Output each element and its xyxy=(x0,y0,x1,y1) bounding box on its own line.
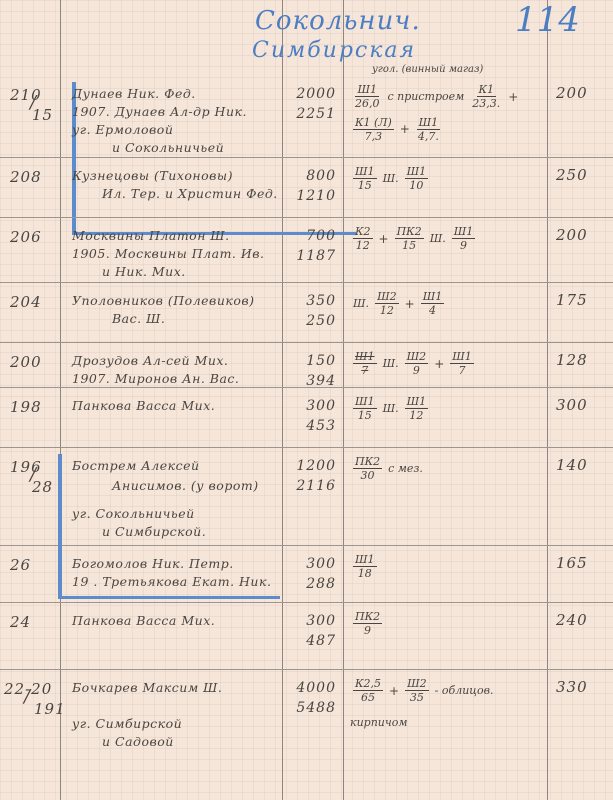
owner-name-line: Анисимов. (у ворот) xyxy=(112,478,259,493)
fraction-denominator: 7 xyxy=(359,364,370,377)
plus-sign: + xyxy=(405,297,415,311)
owner-name-line: уг. Симбирской xyxy=(72,716,182,731)
owner-name-line: и Сокольничьей xyxy=(112,140,224,155)
house-number: 24 xyxy=(10,613,31,631)
row-divider xyxy=(0,282,613,283)
house-number: 198 xyxy=(10,398,42,416)
owner-name-line: Вас. Ш. xyxy=(112,311,165,326)
rate-value: 200 xyxy=(556,226,588,244)
amount-value: 1210 xyxy=(296,186,336,206)
fraction-numerator: Ш1 xyxy=(405,395,429,409)
category-word: Ш. xyxy=(383,402,399,415)
amount-value: 4000 xyxy=(296,678,336,698)
fraction-numerator: Ш2 xyxy=(405,350,429,364)
category-fraction: Ш14,7. xyxy=(416,116,441,143)
category-fraction: Ш115 xyxy=(353,165,377,192)
fraction-denominator: 23,3. xyxy=(470,97,502,110)
fraction-numerator: Ш1 xyxy=(450,350,474,364)
rate-value: 140 xyxy=(556,456,588,474)
fraction-numerator: К2,5 xyxy=(353,677,383,691)
category-fraction: Ш110 xyxy=(405,165,429,192)
owner-name-line: Дрозудов Ал-сей Мих. xyxy=(72,353,228,368)
rate-value: 240 xyxy=(556,611,588,629)
page-title-street-1: Сокольнич. xyxy=(255,6,421,36)
row-divider xyxy=(0,669,613,670)
amount-value: 1200 xyxy=(296,456,336,476)
row-divider xyxy=(0,217,613,218)
rate-value: 200 xyxy=(556,84,588,102)
rate-value: 300 xyxy=(556,396,588,414)
amount-value: 2116 xyxy=(296,476,336,496)
category-fraction: К1 (Л)7,3 xyxy=(353,116,394,143)
amount-value: 487 xyxy=(306,631,336,651)
rate-value: 330 xyxy=(556,678,588,696)
plus-sign: + xyxy=(508,90,518,104)
fraction-denominator: 7,3 xyxy=(363,130,385,143)
category-fraction: Ш17 xyxy=(353,350,377,377)
amount-value: 2000 xyxy=(296,84,336,104)
amount-value: 800 xyxy=(306,166,336,186)
fraction-numerator: Ш1 xyxy=(421,290,445,304)
row-divider xyxy=(0,342,613,343)
building-category: К212+ПК215Ш.Ш19 xyxy=(350,222,545,255)
plus-sign: + xyxy=(434,357,444,371)
building-category: Ш17Ш.Ш29+Ш17 xyxy=(350,347,545,380)
fraction-denominator: 15 xyxy=(400,239,418,252)
owner-name-line: и Ник. Мих. xyxy=(102,264,186,279)
fraction-denominator: 9 xyxy=(458,239,469,252)
category-fraction: Ш29 xyxy=(405,350,429,377)
fraction-numerator: Ш1 xyxy=(353,395,377,409)
fraction-denominator: 12 xyxy=(407,409,425,422)
fraction-denominator: 10 xyxy=(407,179,425,192)
category-word: с пристроем xyxy=(388,90,465,103)
category-fraction: К2,565 xyxy=(353,677,383,704)
fraction-denominator: 4,7. xyxy=(416,130,441,143)
amount-value: 288 xyxy=(306,574,336,594)
fraction-numerator: ПК2 xyxy=(353,610,382,624)
category-fraction: ПК215 xyxy=(395,225,424,252)
fraction-denominator: 30 xyxy=(359,469,377,482)
owner-name-line: и Садовой xyxy=(102,734,174,749)
owner-name-line: Богомолов Ник. Петр. xyxy=(72,556,234,571)
fraction-denominator: 12 xyxy=(378,304,396,317)
rate-value: 250 xyxy=(556,166,588,184)
building-category: К2,565+Ш235- облицов. кирпичом xyxy=(350,674,545,739)
fraction-numerator: Ш2 xyxy=(375,290,399,304)
category-fraction: ПК230 xyxy=(353,455,382,482)
amount-value: 300 xyxy=(306,554,336,574)
rate-value: 175 xyxy=(556,291,588,309)
column-rule-left xyxy=(60,0,61,800)
building-category: Ш.Ш212+Ш14 xyxy=(350,287,545,320)
fraction-numerator: Ш1 xyxy=(405,165,429,179)
category-fraction: Ш17 xyxy=(450,350,474,377)
category-word: Ш. xyxy=(353,297,369,310)
category-fraction: Ш14 xyxy=(421,290,445,317)
fraction-numerator: Ш1 xyxy=(353,350,377,364)
category-fraction: Ш19 xyxy=(452,225,476,252)
fraction-denominator: 15 xyxy=(356,409,374,422)
fraction-denominator: 9 xyxy=(411,364,422,377)
house-number: 200 xyxy=(10,353,42,371)
house-sub-number: 28 xyxy=(32,478,53,496)
fraction-numerator: Ш1 xyxy=(353,553,377,567)
category-fraction: Ш235 xyxy=(405,677,429,704)
row-divider xyxy=(0,447,613,448)
owner-name-line: Москвины Платон Ш. xyxy=(72,228,230,243)
fraction-denominator: 26,0 xyxy=(353,97,382,110)
owner-name-line: 1905. Москвины Плат. Ив. xyxy=(72,246,265,261)
fraction-denominator: 65 xyxy=(359,691,377,704)
owner-name-line: Уполовников (Полевиков) xyxy=(72,293,255,308)
owner-name-line: Кузнецовы (Тихоновы) xyxy=(72,168,233,183)
fraction-numerator: К2 xyxy=(353,225,373,239)
amount-value: 150 xyxy=(306,351,336,371)
fraction-denominator: 9 xyxy=(362,624,373,637)
category-word: Ш. xyxy=(383,172,399,185)
fraction-numerator: Ш1 xyxy=(353,165,377,179)
page-number: 114 xyxy=(515,0,580,40)
owner-name-line: Бочкарев Максим Ш. xyxy=(72,680,222,695)
building-category: Ш126,0с пристроемК123,3.+К1 (Л)7,3+Ш14,7… xyxy=(350,80,545,145)
amount-value: 453 xyxy=(306,416,336,436)
amount-value: 2251 xyxy=(296,104,336,124)
building-category: Ш118 xyxy=(350,550,545,582)
category-word: с мез. xyxy=(388,462,423,475)
owner-name-line: и Симбирской. xyxy=(102,524,206,539)
amount-value: 700 xyxy=(306,226,336,246)
fraction-denominator: 35 xyxy=(408,691,426,704)
owner-name-line: Бострем Алексей xyxy=(72,458,200,473)
category-word: Ш. xyxy=(430,232,446,245)
amount-value: 250 xyxy=(306,311,336,331)
building-category: ПК230с мез. xyxy=(350,452,545,485)
owner-name-line: уг. Ермоловой xyxy=(72,122,173,137)
amount-value: 350 xyxy=(306,291,336,311)
owner-name-line: уг. Сокольничьей xyxy=(72,506,195,521)
building-category: ПК29 xyxy=(350,607,545,639)
house-number: 206 xyxy=(10,228,42,246)
page-title-street-2: Симбирская xyxy=(252,38,416,63)
house-number: 208 xyxy=(10,168,42,186)
category-fraction: Ш126,0 xyxy=(353,83,382,110)
rate-value: 165 xyxy=(556,554,588,572)
fraction-numerator: К1 xyxy=(477,83,497,97)
house-sub-number: 15 xyxy=(32,106,53,124)
owner-name-line: Панкова Васса Мих. xyxy=(72,398,215,413)
owner-name-line: Дунаев Ник. Фед. xyxy=(72,86,196,101)
row-divider xyxy=(0,602,613,603)
column-rule-rate xyxy=(547,0,548,800)
amount-value: 394 xyxy=(306,371,336,391)
amount-value: 300 xyxy=(306,611,336,631)
owner-name-line: 1907. Миронов Ан. Вас. xyxy=(72,371,239,386)
plus-sign: + xyxy=(379,232,389,246)
fraction-denominator: 7 xyxy=(457,364,468,377)
owner-name-line: 19 . Третьякова Екат. Ник. xyxy=(72,574,271,589)
rate-value: 128 xyxy=(556,351,588,369)
category-fraction: Ш112 xyxy=(405,395,429,422)
category-note: угол. (винный магаз) xyxy=(372,64,483,75)
category-fraction: Ш118 xyxy=(353,553,377,580)
plus-sign: + xyxy=(400,122,410,136)
house-number: 26 xyxy=(10,556,31,574)
house-number: 204 xyxy=(10,293,42,311)
fraction-denominator: 4 xyxy=(427,304,438,317)
category-fraction: Ш212 xyxy=(375,290,399,317)
amount-value: 1187 xyxy=(296,246,336,266)
fraction-numerator: ПК2 xyxy=(353,455,382,469)
category-fraction: К123,3. xyxy=(470,83,502,110)
amount-value: 5488 xyxy=(296,698,336,718)
fraction-numerator: К1 (Л) xyxy=(353,116,394,130)
house-sub-number: 191 xyxy=(34,700,66,718)
category-fraction: Ш115 xyxy=(353,395,377,422)
category-word: Ш. xyxy=(383,357,399,370)
building-category: Ш115Ш.Ш110 xyxy=(350,162,545,195)
amount-value: 300 xyxy=(306,396,336,416)
fraction-numerator: ПК2 xyxy=(395,225,424,239)
category-fraction: ПК29 xyxy=(353,610,382,637)
fraction-denominator: 18 xyxy=(356,567,374,580)
fraction-numerator: Ш2 xyxy=(405,677,429,691)
fraction-numerator: Ш1 xyxy=(355,83,379,97)
category-fraction: К212 xyxy=(353,225,373,252)
owner-name-line: Панкова Васса Мих. xyxy=(72,613,215,628)
fraction-numerator: Ш1 xyxy=(417,116,441,130)
fraction-numerator: Ш1 xyxy=(452,225,476,239)
building-category: Ш115Ш.Ш112 xyxy=(350,392,545,425)
owner-name-line: Ил. Тер. и Христин Фед. xyxy=(102,186,278,201)
plus-sign: + xyxy=(389,684,399,698)
fraction-denominator: 12 xyxy=(354,239,372,252)
fraction-denominator: 15 xyxy=(356,179,374,192)
owner-name-line: 1907. Дунаев Ал-др Ник. xyxy=(72,104,247,119)
number-slash: / xyxy=(24,686,31,707)
